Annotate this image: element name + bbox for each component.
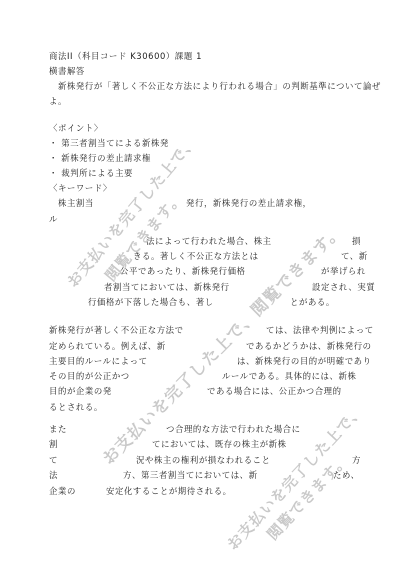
para3-line-2-left: 割 bbox=[49, 439, 58, 449]
para3-line-3-right: 方 bbox=[352, 455, 361, 465]
points-heading: 〈ポイント〉 bbox=[49, 123, 103, 133]
keywords-line-right: 発行，新株発行の差止請求権， bbox=[186, 198, 312, 208]
para2-line-1-right: ては、法律や判例によって bbox=[266, 325, 374, 335]
document-subtitle: 横書解答 bbox=[49, 66, 85, 76]
para2-line-5-left: 目的が企業の発 bbox=[49, 386, 112, 396]
document-page: 商法II（科目コード K30600）課題 1 横書解答 新株発行が「著しく不公正… bbox=[0, 0, 410, 580]
para2-line-4-right: ルールである。具体的には、新株 bbox=[222, 371, 356, 381]
para2-line-3-right: は、新株発行の目的が明確であり bbox=[237, 356, 372, 366]
keywords-line-left: 株主割当 bbox=[49, 198, 94, 208]
para2-line-2-right: であるかどうかは、新株発行の bbox=[246, 341, 372, 351]
para1-line-1-right: 損 bbox=[352, 236, 361, 246]
keywords-heading: 〈キーワード〉 bbox=[49, 183, 112, 193]
para1-line-4-mid: 者割当てにおいては、新株発行 bbox=[104, 282, 230, 292]
para3-line-4-mid: 方、第三者割当てにおいては、新 bbox=[123, 470, 258, 480]
para3-line-3-mid: 況や株主の権利が損なわれること bbox=[136, 455, 271, 465]
para2-line-6-left: るとされる。 bbox=[49, 402, 103, 412]
question-line-2: よ。 bbox=[49, 96, 67, 106]
para3-line-1-mid: つ合理的な方法で行われた場合に bbox=[166, 424, 301, 434]
para1-line-3-mid: 公平であったり、新株発行価格 bbox=[120, 266, 246, 276]
para2-line-4-left: その目的が公正かつ bbox=[49, 371, 130, 381]
para1-line-5-mid: 行価格が下落した場合も、著し bbox=[88, 297, 214, 307]
para2-line-3-left: 主要目的ルールによって bbox=[49, 356, 148, 366]
para1-line-5-right: とがある。 bbox=[290, 297, 335, 307]
keywords-line-2: ル bbox=[49, 214, 58, 224]
para3-line-3-left: て bbox=[49, 455, 58, 465]
para2-line-5-right: である場合には、公正かつ合理的 bbox=[207, 386, 342, 396]
point-item: ・ 新株発行の差止請求権 bbox=[49, 153, 151, 163]
para3-line-5-mid: 安定化することが期待される。 bbox=[106, 486, 232, 496]
para1-line-2-right: て、新 bbox=[341, 251, 368, 261]
para2-line-1-left: 新株発行が著しく不公正な方法で bbox=[49, 325, 184, 335]
para3-line-5-left: 企業の bbox=[49, 486, 76, 496]
document-title: 商法II（科目コード K30600）課題 1 bbox=[49, 51, 202, 61]
para3-line-2-mid: てにおいては、既存の株主が新株 bbox=[152, 439, 287, 449]
para1-line-4-right: 設定され、実質 bbox=[312, 282, 375, 292]
para3-line-1-left: また bbox=[49, 424, 67, 434]
para1-line-1-mid: 法によって行われた場合、株主 bbox=[146, 236, 272, 246]
para2-line-2-left: 定められている。例えば、新 bbox=[49, 341, 166, 351]
point-item: ・ 裁判所による主要 bbox=[49, 168, 133, 178]
para1-line-2-mid: きる。著しく不公正な方法とは bbox=[133, 251, 259, 261]
para3-line-4-left: 法 bbox=[49, 470, 58, 480]
point-item: ・ 第三者割当てによる新株発 bbox=[49, 138, 169, 148]
para1-line-3-right: が挙げられ bbox=[321, 266, 366, 276]
question-line-1: 新株発行が「著しく不公正な方法により行われる場合」の判断基準について論ぜ bbox=[49, 81, 381, 91]
